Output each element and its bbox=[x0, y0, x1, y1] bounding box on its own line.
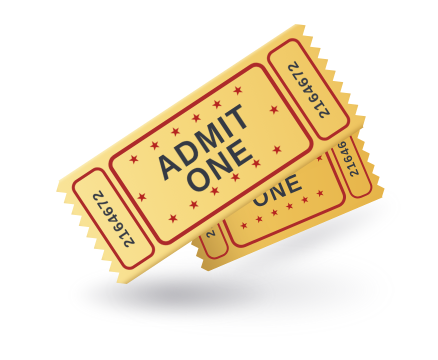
ground-shadow-wide bbox=[110, 258, 390, 322]
scene: 2164672 ★★★★★★★★★★★★★★ ADMIT ONE 2164672… bbox=[0, 0, 438, 360]
ground-shadow-main bbox=[72, 272, 272, 318]
